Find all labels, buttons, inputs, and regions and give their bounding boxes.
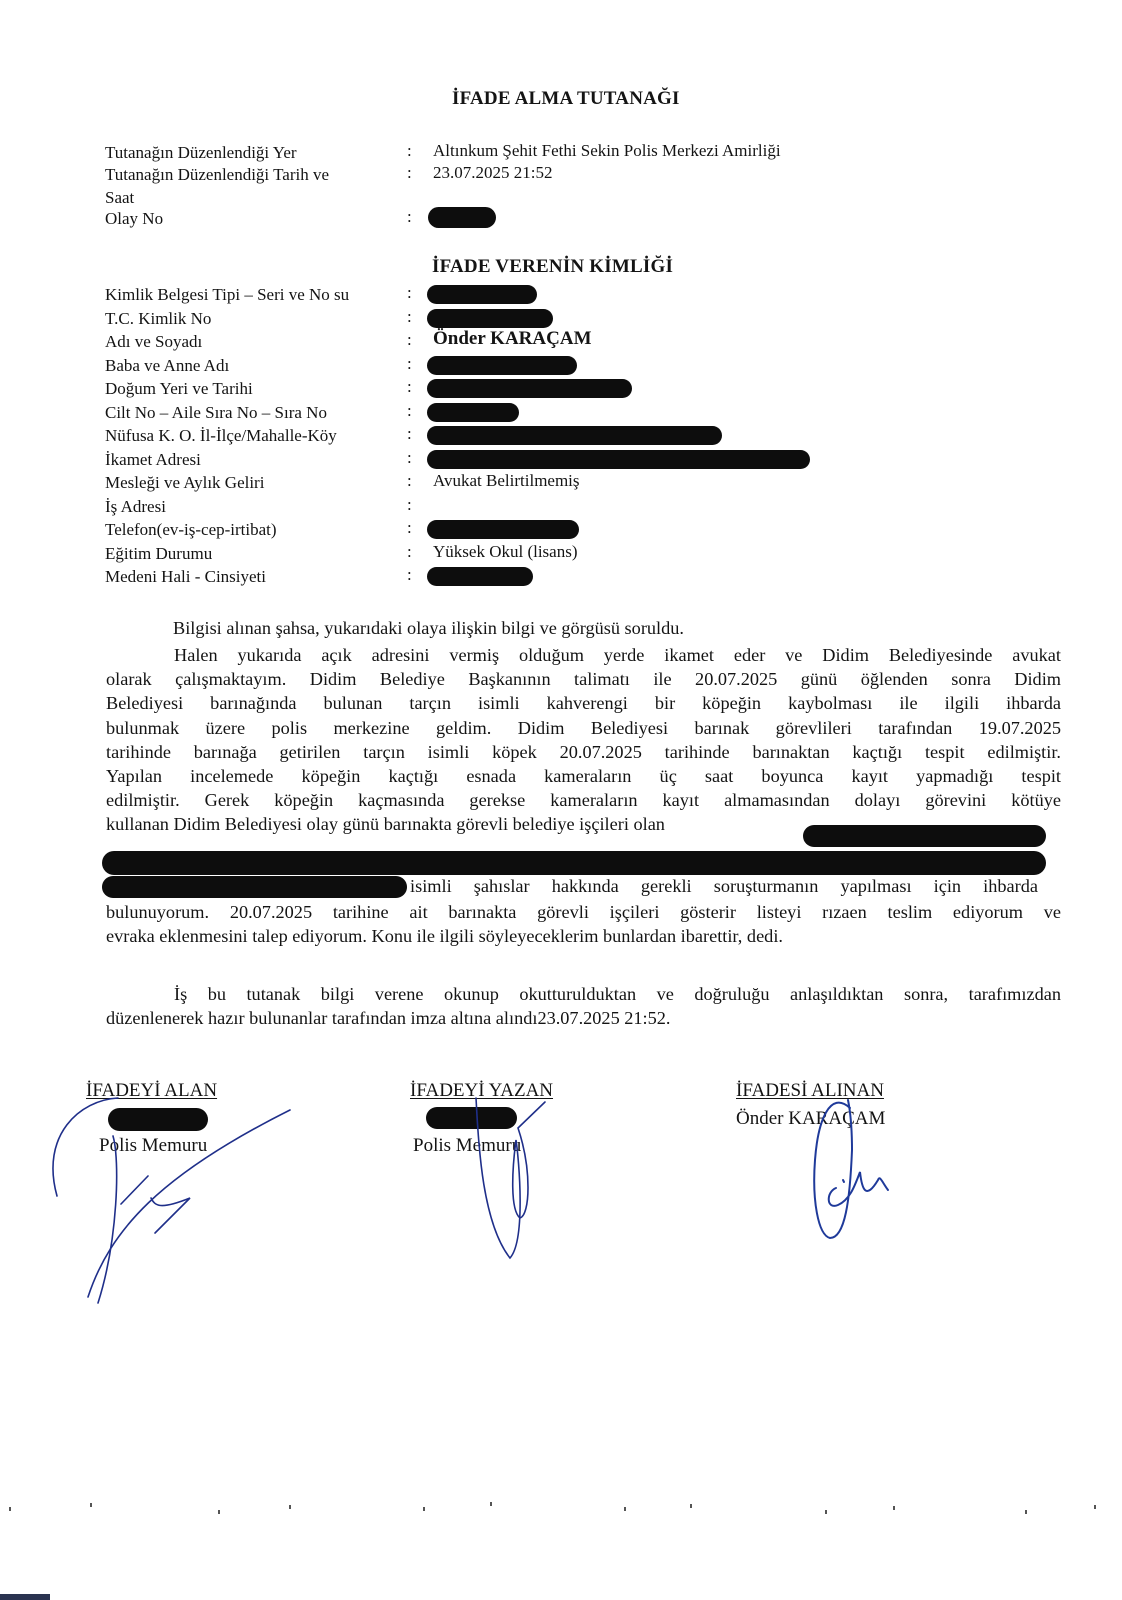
field-value-place: Altınkum Şehit Fethi Sekin Polis Merkezi…: [433, 141, 781, 161]
signature-name-deponent: Önder KARAÇAM: [736, 1108, 885, 1130]
redaction-identity-value: [427, 379, 632, 398]
redaction-workers-2: [102, 851, 1046, 875]
signature-title-taker: İFADEYİ ALAN: [86, 1080, 217, 1102]
identity-field-label: Baba ve Anne Adı: [105, 354, 229, 378]
signature-title-deponent: İFADESİ ALINAN: [736, 1080, 884, 1102]
signature-title-writer: İFADEYİ YAZAN: [410, 1080, 553, 1102]
redaction-identity-value: [427, 356, 577, 375]
identity-field-value: Avukat Belirtilmemiş: [433, 471, 580, 491]
colon: :: [407, 518, 412, 538]
field-label-event-no: Olay No: [105, 207, 163, 231]
redaction-event-no: [428, 207, 496, 228]
redaction-workers-1: [803, 825, 1046, 847]
identity-field-label: Cilt No – Aile Sıra No – Sıra No: [105, 401, 327, 425]
colon: :: [407, 471, 412, 491]
field-label-datetime-cont: Saat: [105, 186, 134, 210]
identity-field-label: Nüfusa K. O. İl-İlçe/Mahalle-Köy: [105, 424, 337, 448]
statement-line: isimli şahıslar hakkında gerekli soruştu…: [410, 876, 1038, 897]
identity-field-label: Kimlik Belgesi Tipi – Seri ve No su: [105, 283, 349, 307]
redaction-workers-3: [102, 876, 407, 898]
colon: :: [407, 565, 412, 585]
redaction-identity-value: [427, 450, 810, 469]
identity-heading: İFADE VERENİN KİMLİĞİ: [432, 256, 673, 278]
colon: :: [407, 207, 412, 227]
colon: :: [407, 377, 412, 397]
redaction-taker-name: [108, 1108, 208, 1131]
redaction-writer-name: [426, 1107, 517, 1129]
colon: :: [407, 354, 412, 374]
final-line: düzenlenerek hazır bulunanlar tarafından…: [106, 1006, 1061, 1030]
signature-role-taker: Polis Memuru: [99, 1135, 207, 1157]
redaction-identity-value: [427, 403, 519, 422]
identity-field-label: Telefon(ev-iş-cep-irtibat): [105, 518, 277, 542]
field-label-datetime: Tutanağın Düzenlendiği Tarih ve: [105, 163, 329, 187]
statement-line: Belediyesi barınağında bulunan tarçın is…: [106, 691, 1061, 715]
document-title: İFADE ALMA TUTANAĞI: [452, 88, 680, 110]
identity-field-label: Eğitim Durumu: [105, 542, 212, 566]
colon: :: [407, 163, 412, 183]
statement-paragraph: Halen yukarıda açık adresini vermiş oldu…: [106, 643, 1061, 837]
redaction-identity-value: [427, 520, 579, 539]
closing-paragraph: bulunuyorum. 20.07.2025 tarihine ait bar…: [106, 900, 1061, 948]
statement-line: tarihinde barınağa getirilen tarçın isim…: [106, 740, 1061, 764]
signature-role-writer: Polis Memuru: [413, 1135, 521, 1157]
colon: :: [407, 448, 412, 468]
statement-line: olarak çalışmaktayım. Didim Belediye Baş…: [106, 667, 1061, 691]
final-paragraph: İş bu tutanak bilgi verene okunup okuttu…: [106, 982, 1061, 1030]
colon: :: [407, 141, 412, 161]
field-label-place: Tutanağın Düzenlendiği Yer: [105, 141, 297, 165]
identity-field-label: Medeni Hali - Cinsiyeti: [105, 565, 266, 589]
redaction-identity-value: [427, 567, 533, 586]
colon: :: [407, 307, 412, 327]
colon: :: [407, 283, 412, 303]
colon: :: [407, 542, 412, 562]
identity-field-label: T.C. Kimlik No: [105, 307, 211, 331]
statement-line: Yapılan incelemede köpeğin kaçtığı esnad…: [106, 764, 1061, 788]
intro-paragraph: Bilgisi alınan şahsa, yukarıdaki olaya i…: [173, 618, 684, 639]
statement-line: bulunmak üzere polis merkezine geldim. D…: [106, 716, 1061, 740]
identity-field-value: Yüksek Okul (lisans): [433, 542, 577, 562]
redaction-identity-value: [427, 285, 537, 304]
identity-field-label: Doğum Yeri ve Tarihi: [105, 377, 253, 401]
field-value-datetime: 23.07.2025 21:52: [433, 163, 552, 183]
statement-line: edilmiştir. Gerek köpeğin kaçmasında ger…: [106, 788, 1061, 812]
identity-field-value: Önder KARAÇAM: [433, 328, 592, 350]
identity-field-label: Mesleği ve Aylık Geliri: [105, 471, 264, 495]
final-line: İş bu tutanak bilgi verene okunup okuttu…: [106, 982, 1061, 1006]
colon: :: [407, 495, 412, 515]
statement-line: bulunuyorum. 20.07.2025 tarihine ait bar…: [106, 900, 1061, 924]
identity-field-label: İş Adresi: [105, 495, 166, 519]
identity-field-label: İkamet Adresi: [105, 448, 201, 472]
statement-line: evraka eklenmesini talep ediyorum. Konu …: [106, 924, 1061, 948]
redaction-identity-value: [427, 426, 722, 445]
identity-field-label: Adı ve Soyadı: [105, 330, 202, 354]
colon: :: [407, 330, 412, 350]
colon: :: [407, 401, 412, 421]
statement-line: Halen yukarıda açık adresini vermiş oldu…: [106, 643, 1061, 667]
colon: :: [407, 424, 412, 444]
redaction-identity-value: [427, 309, 553, 328]
